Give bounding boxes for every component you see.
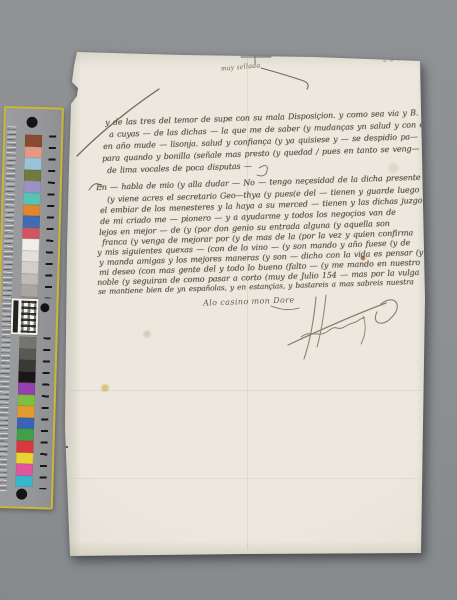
- margin-flourish: [89, 184, 102, 190]
- dark-gray-patch-column: [18, 337, 36, 384]
- color-patch: [15, 475, 32, 487]
- ink-flourishes: [63, 48, 431, 556]
- color-patch: [18, 394, 35, 406]
- color-patch: [24, 158, 41, 170]
- dark-gray-patch: [19, 337, 36, 349]
- registration-dot-bottom: [16, 488, 27, 499]
- grayscale-patch: [22, 239, 39, 251]
- diagonal-slash: [77, 89, 159, 156]
- color-patch: [25, 135, 42, 147]
- color-patch: [25, 146, 42, 158]
- header-cross-mark: [241, 51, 271, 63]
- color-calibration-bar: [0, 106, 64, 510]
- color-patch: [24, 181, 41, 193]
- color-patch-column-top: [22, 135, 42, 240]
- line-end-curl: [257, 166, 267, 176]
- calibration-label: [11, 298, 39, 335]
- tick-marks-lower: [39, 337, 50, 489]
- grayscale-patch: [21, 273, 38, 285]
- grayscale-patch: [22, 250, 39, 262]
- color-patch: [22, 227, 39, 239]
- color-patch: [16, 464, 33, 476]
- label-side-bar: [13, 300, 19, 332]
- dark-gray-patch: [18, 371, 35, 383]
- registration-dot-middle: [40, 303, 49, 312]
- color-patch: [16, 440, 33, 452]
- signature-rubric: [288, 295, 397, 359]
- color-patch: [23, 193, 40, 205]
- color-patch: [24, 169, 41, 181]
- manuscript-page-wrapper: 224 muy sellada y de las tres del temor …: [63, 48, 431, 556]
- dark-gray-patch: [19, 348, 36, 360]
- color-patch: [17, 417, 34, 429]
- color-patch: [18, 383, 35, 395]
- color-patch: [17, 429, 34, 441]
- registration-dot-top: [26, 117, 37, 128]
- tick-marks-upper: [45, 135, 57, 298]
- color-patch: [17, 406, 34, 418]
- color-patch-column-bottom: [15, 383, 35, 488]
- grayscale-patch: [21, 262, 38, 274]
- edge-sewing-mark: [64, 526, 69, 528]
- header-swash: [261, 68, 308, 89]
- manuscript-page: 224 muy sellada y de las tres del temor …: [63, 48, 431, 556]
- label-barcode-grid: [21, 301, 37, 333]
- archival-photo-stage: 224 muy sellada y de las tres del temor …: [0, 0, 457, 600]
- color-patch: [16, 452, 33, 464]
- color-patch: [23, 216, 40, 228]
- grayscale-patch: [21, 285, 38, 297]
- closing-swash: [271, 306, 299, 310]
- dark-gray-patch: [19, 360, 36, 372]
- color-patch: [23, 204, 40, 216]
